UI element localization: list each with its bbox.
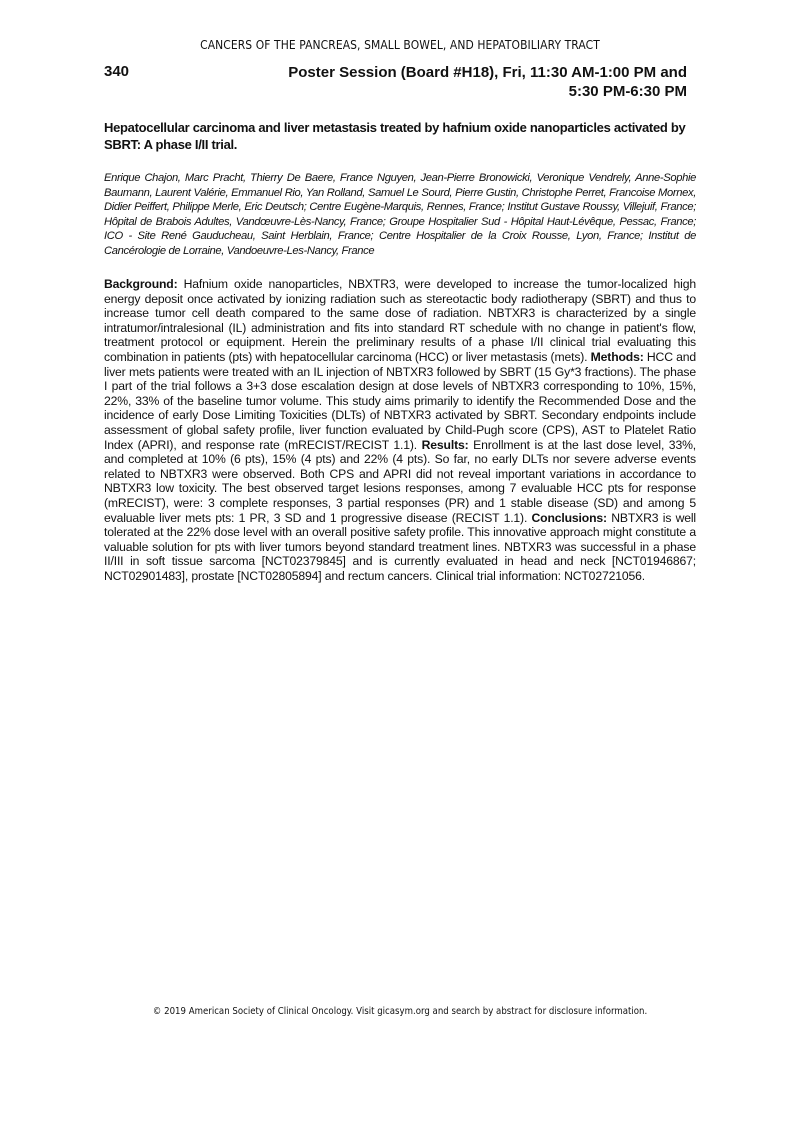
session-info: Poster Session (Board #H18), Fri, 11:30 … xyxy=(247,63,687,101)
copyright-footer: © 2019 American Society of Clinical Onco… xyxy=(56,1006,744,1017)
abstract-number: 340 xyxy=(104,63,129,80)
abstract-title: Hepatocellular carcinoma and liver metas… xyxy=(104,120,696,153)
section-header: CANCERS OF THE PANCREAS, SMALL BOWEL, AN… xyxy=(56,37,744,52)
methods-label: Methods: xyxy=(591,350,644,364)
methods-text: HCC and liver mets patients were treated… xyxy=(104,350,696,452)
background-label: Background: xyxy=(104,277,178,291)
conclusions-label: Conclusions: xyxy=(532,511,607,525)
session-line-2: 5:30 PM-6:30 PM xyxy=(247,82,687,101)
authors-affiliations: Enrique Chajon, Marc Pracht, Thierry De … xyxy=(104,171,696,259)
session-line-1: Poster Session (Board #H18), Fri, 11:30 … xyxy=(247,63,687,82)
abstract-body: Background: Hafnium oxide nanoparticles,… xyxy=(104,277,696,583)
results-label: Results: xyxy=(422,438,469,452)
